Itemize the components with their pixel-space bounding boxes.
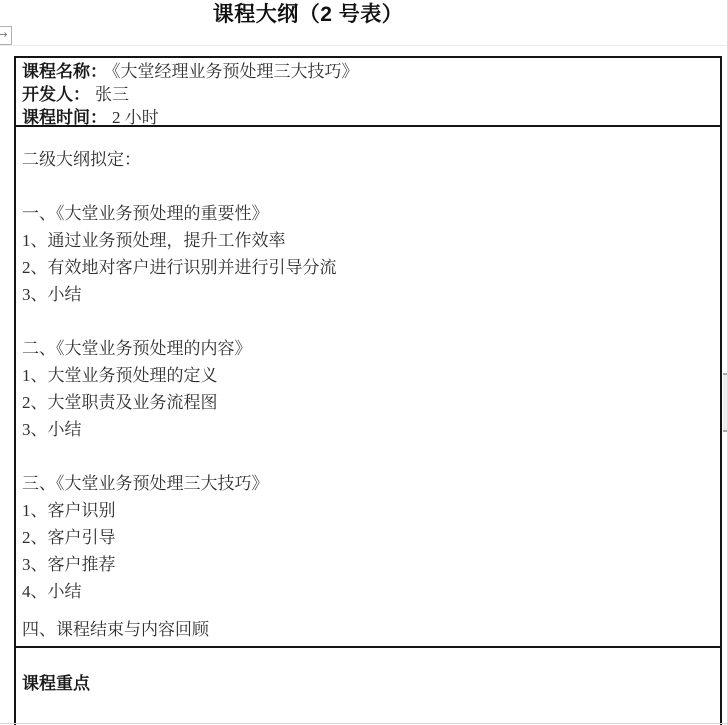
outline-line: 3、小结 xyxy=(22,281,714,308)
outline-line: 4、小结 xyxy=(22,578,714,605)
blank-line xyxy=(22,443,714,470)
outline-line: 一、《大堂业务预处理的重要性》 xyxy=(22,200,714,227)
table-move-handle-icon[interactable]: → xyxy=(0,26,12,45)
info-row: 开发人：张三 xyxy=(22,83,714,106)
info-row: 课程时间：2 小时 xyxy=(22,106,714,127)
table-row-course-info: 课程名称：《大堂经理业务预处理三大技巧》开发人：张三课程时间：2 小时 xyxy=(16,58,720,127)
blank-line xyxy=(22,173,714,200)
outline-line: 1、通过业务预处理，提升工作效率 xyxy=(22,227,714,254)
outline-line: 二、《大堂业务预处理的内容》 xyxy=(22,335,714,362)
document-page: 课程大纲（2 号表） → 课程名称：《大堂经理业务预处理三大技巧》开发人：张三课… xyxy=(0,0,728,725)
blank-line xyxy=(22,308,714,335)
outline-line: 1、大堂业务预处理的定义 xyxy=(22,362,714,389)
outline-line: 2、有效地对客户进行识别并进行引导分流 xyxy=(22,254,714,281)
info-value: 张三 xyxy=(95,85,129,104)
page-bottom-edge xyxy=(0,723,728,724)
page-title: 课程大纲（2 号表） xyxy=(0,2,616,28)
outline-line: 1、客户识别 xyxy=(22,497,714,524)
outline-line: 2、客户引导 xyxy=(22,524,714,551)
course-outline-table: 课程名称：《大堂经理业务预处理三大技巧》开发人：张三课程时间：2 小时 二级大纲… xyxy=(14,56,722,725)
outline-line: 3、小结 xyxy=(22,416,714,443)
header-divider xyxy=(0,45,728,46)
blank-line xyxy=(22,605,714,616)
outline-line: 3、客户推荐 xyxy=(22,551,714,578)
outline-line: 四、课程结束与内容回顾 xyxy=(22,616,714,643)
info-label: 课程名称： xyxy=(22,62,107,81)
table-row-footer: 课程重点 xyxy=(16,648,720,697)
course-focus-label: 课程重点 xyxy=(22,670,714,697)
info-value: 《大堂经理业务预处理三大技巧》 xyxy=(112,62,359,81)
outline-line: 2、大堂职责及业务流程图 xyxy=(22,389,714,416)
info-label: 开发人： xyxy=(22,85,90,104)
table-row-outline: 二级大纲拟定： 一、《大堂业务预处理的重要性》1、通过业务预处理，提升工作效率2… xyxy=(16,127,720,648)
info-label: 课程时间： xyxy=(22,108,107,127)
info-row: 课程名称：《大堂经理业务预处理三大技巧》 xyxy=(22,60,714,83)
outline-line: 三、《大堂业务预处理三大技巧》 xyxy=(22,470,714,497)
info-value: 2 小时 xyxy=(112,108,159,127)
outline-line: 二级大纲拟定： xyxy=(22,146,714,173)
